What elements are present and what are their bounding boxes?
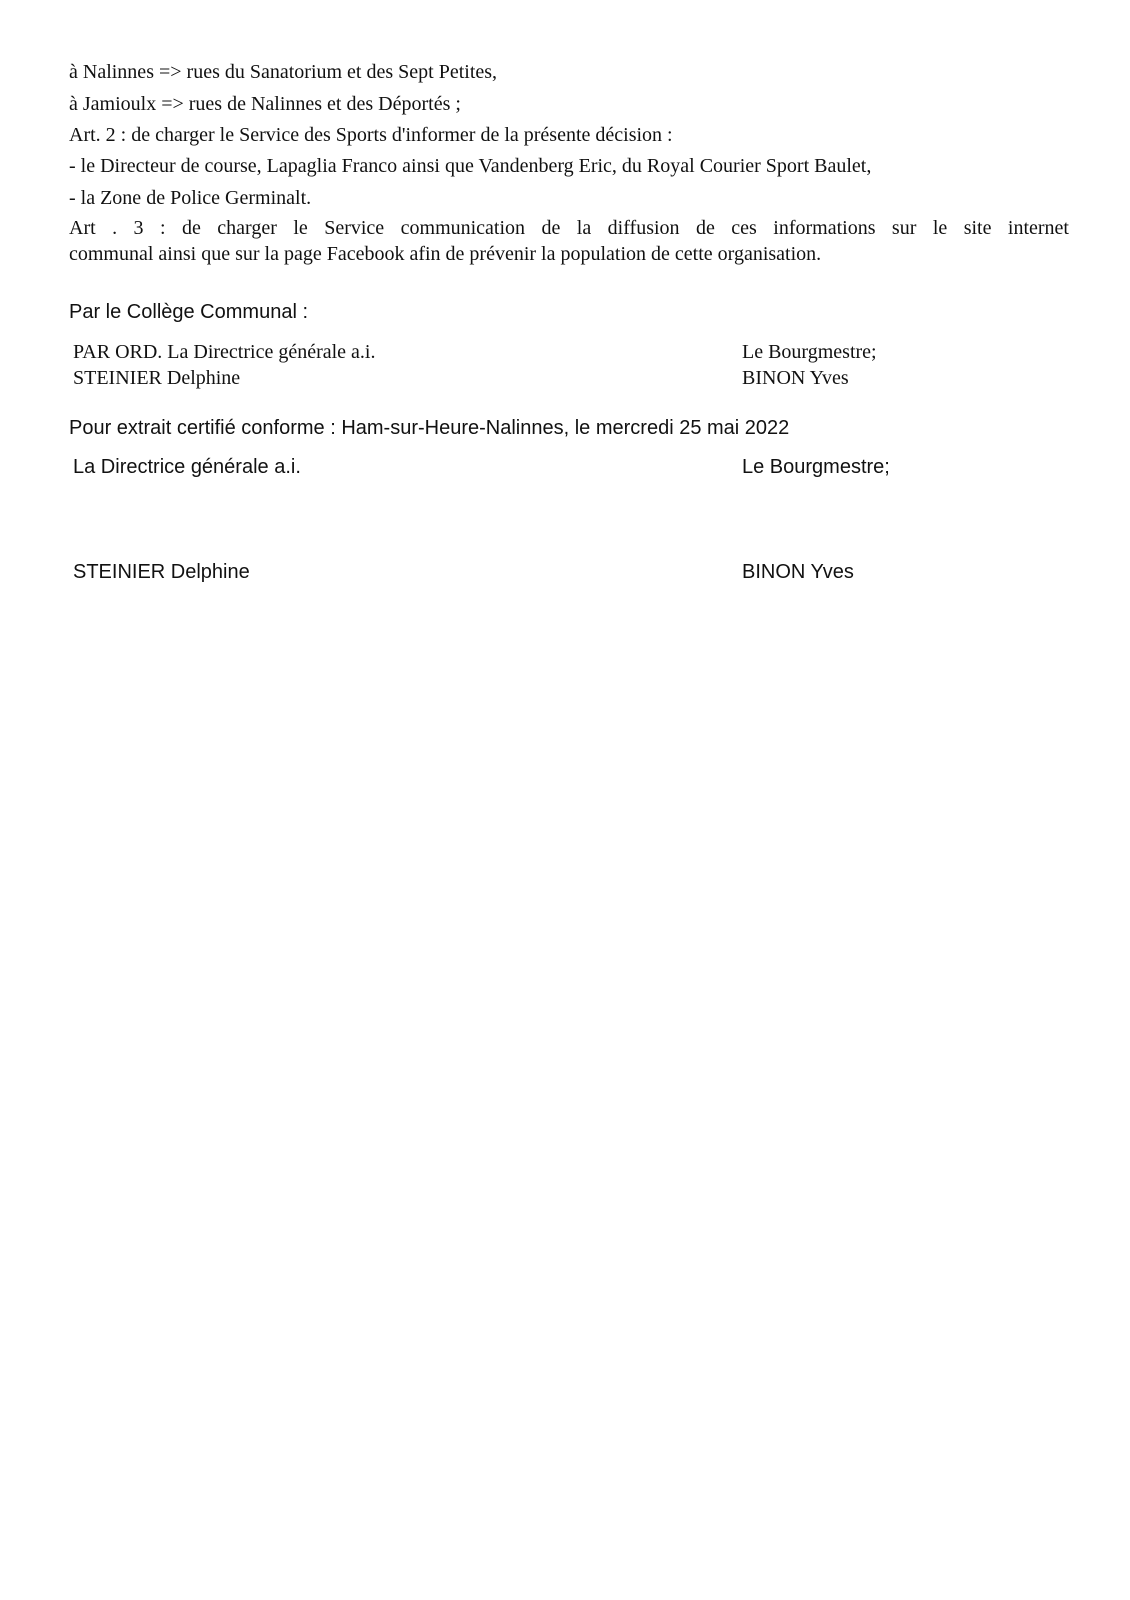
article-3-line-1: Art . 3 : de charger le Service communic… (69, 215, 1069, 241)
body-line-directeur-course: - le Directeur de course, Lapaglia Franc… (69, 154, 871, 178)
body-line-zone-police: - la Zone de Police Germinalt. (69, 186, 311, 210)
body-line-jamioulx: à Jamioulx => rues de Nalinnes et des Dé… (69, 92, 461, 116)
certified-right-signatory-title: Le Bourgmestre; (742, 455, 890, 479)
college-left-signatory-name: STEINIER Delphine (73, 366, 240, 390)
certified-right-signatory-name: BINON Yves (742, 560, 854, 584)
certified-left-signatory-name: STEINIER Delphine (73, 560, 250, 584)
college-left-signatory-title: PAR ORD. La Directrice générale a.i. (73, 340, 376, 364)
article-2-text: Art. 2 : de charger le Service des Sport… (69, 123, 673, 147)
college-right-signatory-name: BINON Yves (742, 366, 849, 390)
certification-line: Pour extrait certifié conforme : Ham-sur… (69, 416, 789, 440)
body-line-nalinnes: à Nalinnes => rues du Sanatorium et des … (69, 60, 497, 84)
article-3-line-2: communal ainsi que sur la page Facebook … (69, 241, 1069, 267)
college-heading: Par le Collège Communal : (69, 300, 308, 324)
article-3-paragraph: Art . 3 : de charger le Service communic… (69, 215, 1069, 267)
college-right-signatory-title: Le Bourgmestre; (742, 340, 877, 364)
certified-left-signatory-title: La Directrice générale a.i. (73, 455, 301, 479)
